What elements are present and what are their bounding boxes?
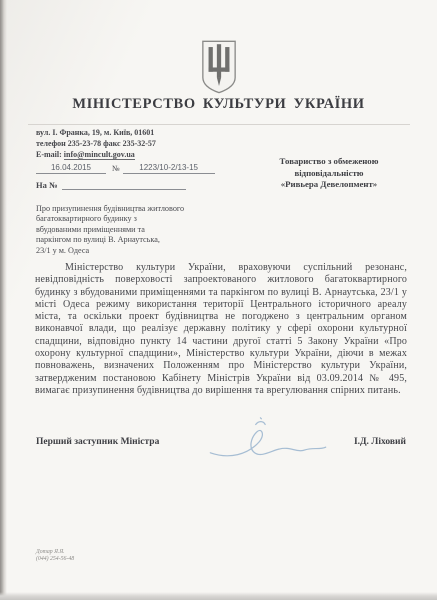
contact-email-line: E-mail: info@mincult.gov.ua [36,149,226,160]
subject-line: паркінгом по вулиці В. Арнаутська, [36,235,231,245]
subject-line: 23/1 у м. Одеса [36,246,231,256]
recipient-block: Товариство з обмеженою відповідальністю … [240,156,418,191]
reference-row: 16.04.2015 № 1223/10-2/13-15 [36,163,236,174]
header-divider [28,124,410,125]
ministry-title: МІНІСТЕРСТВО КУЛЬТУРИ УКРАЇНИ [0,96,437,113]
letter-number: 1223/10-2/13-15 [123,163,215,174]
executor-name: Дотар Я.Я. [36,549,74,556]
subject-line: вбудованими приміщеннями та [36,225,231,235]
trident-emblem-icon [200,39,238,100]
subject-block: Про призупинення будівництва житлового б… [36,204,231,256]
signatory-position: Перший заступник Міністра [36,437,159,447]
signatory-name: І.Д. Ліховий [354,437,406,447]
recipient-line: Товариство з обмеженою [240,156,418,168]
recipient-line: відповідальністю [240,168,418,180]
reply-reference-row: На № [36,180,236,190]
scanned-letter-page: МІНІСТЕРСТВО КУЛЬТУРИ УКРАЇНИ вул. І. Фр… [0,0,437,600]
contact-address: вул. І. Франка, 19, м. Київ, 01601 [36,127,226,138]
handwritten-signature-icon [204,415,332,472]
reply-number-blank [62,189,186,190]
email-address: info@mincult.gov.ua [64,150,135,160]
number-sign: № [112,164,120,173]
scan-edge-left [0,0,7,600]
email-label: E-mail: [36,150,62,159]
subject-line: багатоквартирного будинку з [36,214,231,224]
contact-block: вул. І. Франка, 19, м. Київ, 01601 телеф… [36,127,226,160]
scan-edge-bottom [0,592,437,600]
executor-phone: (044) 254-56-48 [36,556,74,563]
letter-date: 16.04.2015 [36,163,106,174]
recipient-line: «Ривьера Девелопмент» [240,179,418,191]
body-paragraph: Міністерство культури України, враховуюч… [35,262,407,397]
reply-label: На № [36,180,58,190]
executor-note: Дотар Я.Я. (044) 254-56-48 [36,549,74,563]
subject-line: Про призупинення будівництва житлового [36,204,231,214]
contact-phone-fax: телефон 235-23-78 факс 235-32-57 [36,138,226,149]
